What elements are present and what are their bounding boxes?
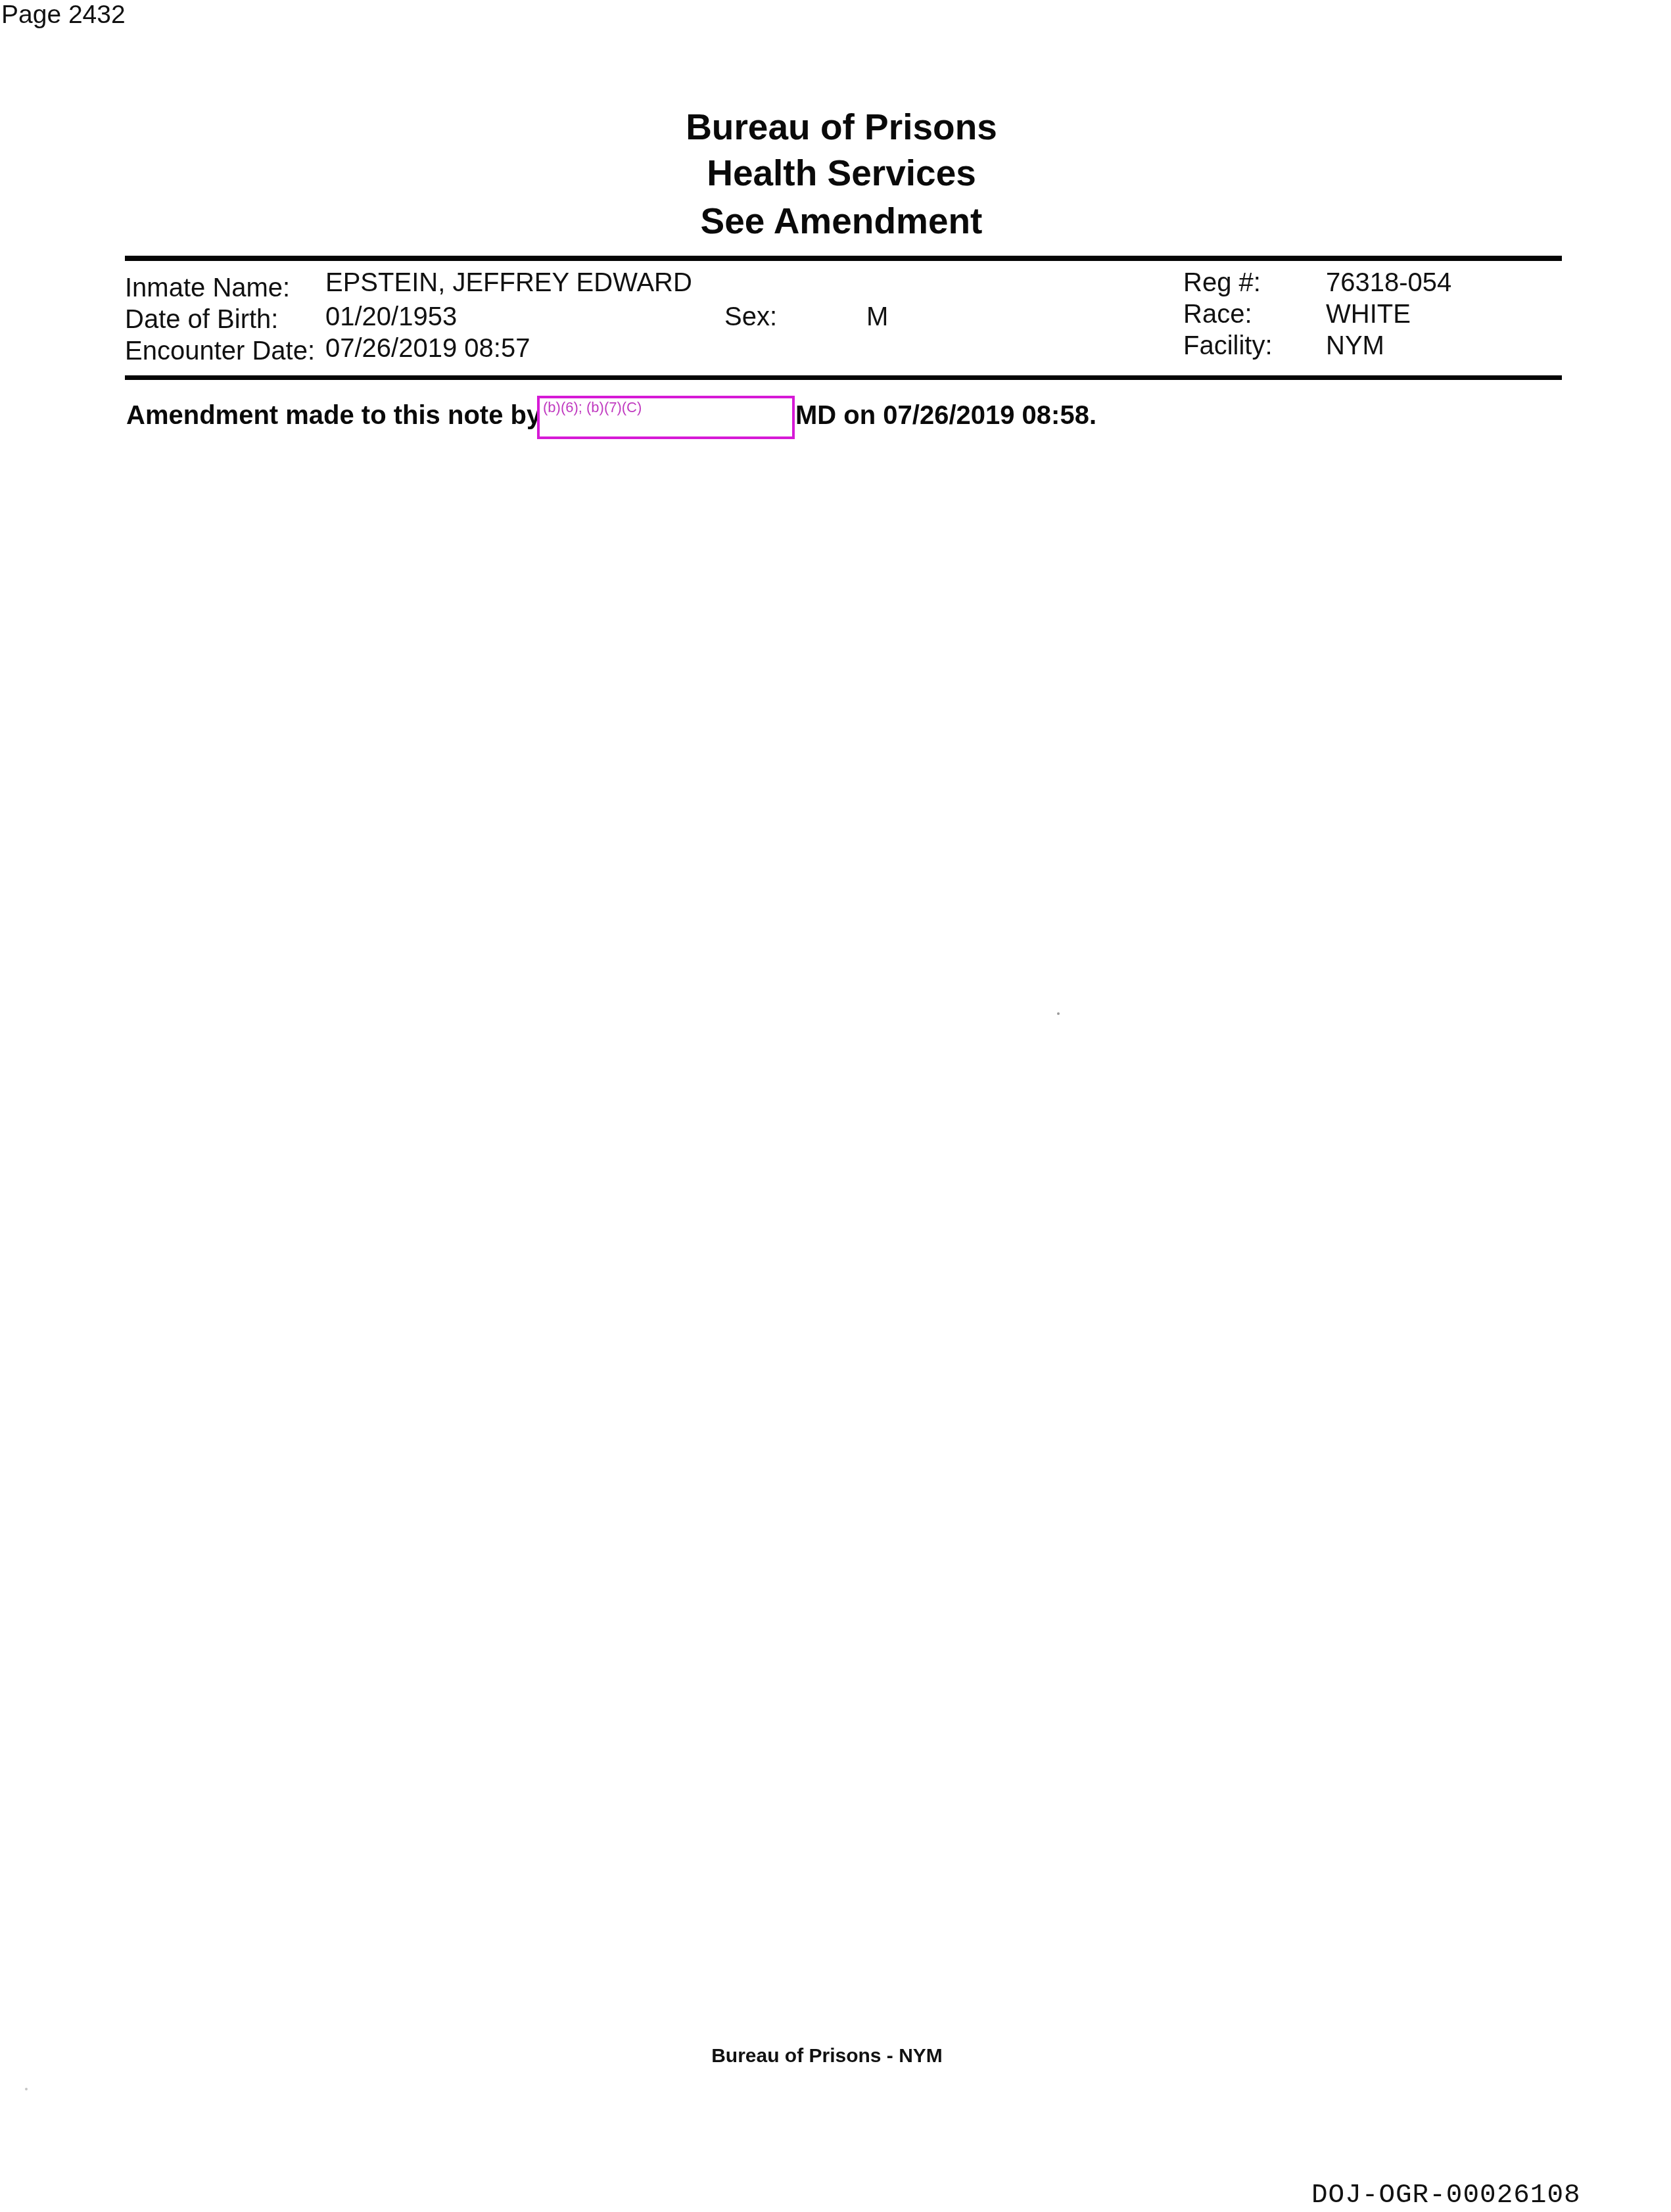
reg-number-value: 76318-054 xyxy=(1326,267,1451,298)
sex-value: M xyxy=(866,301,888,333)
reg-number-label: Reg #: xyxy=(1183,267,1261,298)
bates-number: DOJ-OGR-00026108 xyxy=(1311,2181,1581,2210)
facility-label: Facility: xyxy=(1183,330,1273,362)
inmate-name-value: EPSTEIN, JEFFREY EDWARD xyxy=(325,267,692,298)
amendment-prefix: Amendment made to this note by xyxy=(126,398,541,433)
scan-speck xyxy=(1057,1012,1060,1015)
amendment-suffix: MD on 07/26/2019 08:58. xyxy=(795,398,1096,433)
race-label: Race: xyxy=(1183,298,1252,330)
dob-label: Date of Birth: xyxy=(125,304,278,335)
race-value: WHITE xyxy=(1326,298,1411,330)
inmate-name-label: Inmate Name: xyxy=(125,272,290,304)
dob-value: 01/20/1953 xyxy=(325,301,457,333)
facility-value: NYM xyxy=(1326,330,1384,362)
page-footer: Bureau of Prisons - NYM xyxy=(0,2044,1654,2068)
document-title: Bureau of Prisons Health Services See Am… xyxy=(0,104,1671,244)
title-line-department: Health Services xyxy=(0,150,1671,196)
redaction-box: (b)(6); (b)(7)(C) xyxy=(537,396,795,439)
title-line-agency: Bureau of Prisons xyxy=(0,104,1671,150)
encounter-date-value: 07/26/2019 08:57 xyxy=(325,333,530,364)
header-top-rule xyxy=(125,256,1562,261)
page-number: Page 2432 xyxy=(1,0,126,30)
scan-speck xyxy=(25,2088,28,2090)
sex-label: Sex: xyxy=(724,301,777,333)
title-line-document-type: See Amendment xyxy=(0,198,1671,244)
header-bottom-rule xyxy=(125,375,1562,380)
encounter-date-label: Encounter Date: xyxy=(125,335,315,367)
redaction-code: (b)(6); (b)(7)(C) xyxy=(543,400,642,415)
